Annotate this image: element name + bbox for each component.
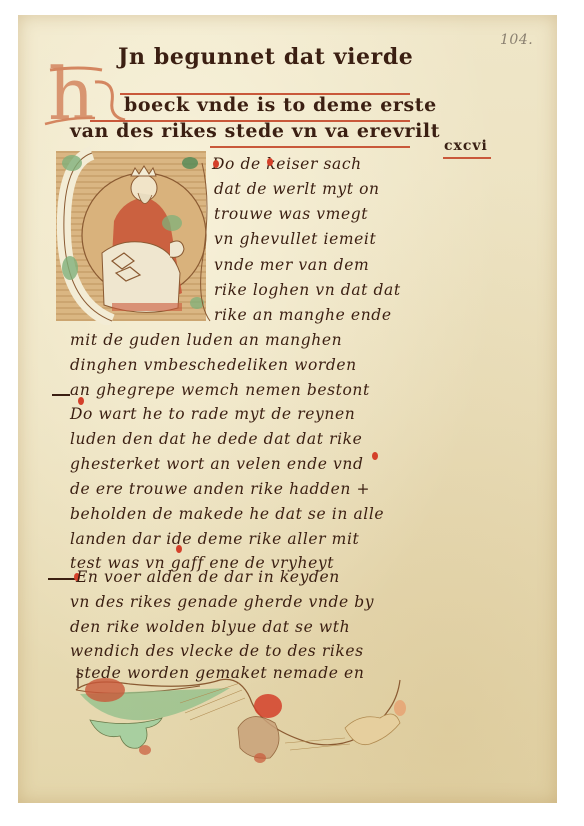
- margin-paragraph-stroke: [52, 394, 70, 396]
- heading-rubric-3: [210, 146, 410, 148]
- body-line-1: Do de keiser sach: [212, 155, 362, 173]
- body-line-18: En voer alden de dar in keyden: [76, 568, 340, 586]
- body-line-7: rike an manghe ende: [214, 306, 392, 324]
- body-line-19: vn des rikes genade gherde vnde by: [70, 593, 374, 611]
- body-line-13: ghesterket wort an velen ende vnd: [70, 455, 364, 473]
- heading-line-2: boeck vnde is to deme erste: [124, 94, 437, 116]
- rubric-mark: [78, 397, 84, 405]
- body-line-2: dat de werlt myt on: [214, 180, 380, 198]
- rubric-mark: [267, 158, 273, 166]
- body-line-5: vnde mer van dem: [214, 256, 369, 274]
- folio-number: 104.: [500, 32, 533, 48]
- body-line-6: rike loghen vn dat dat: [214, 281, 401, 299]
- body-line-11: Do wart he to rade myt de reynen: [70, 405, 355, 423]
- rubric-mark: [213, 160, 219, 168]
- body-line-15: beholden de makede he dat se in alle: [70, 505, 384, 523]
- emperor-miniature-icon: [52, 143, 220, 325]
- body-line-16: landen dar ide deme rike aller mit: [70, 530, 359, 548]
- heading-line-3: van des rikes stede vn va erevrilt: [70, 120, 440, 142]
- body-line-12: luden den dat he dede dat dat rike: [70, 430, 362, 448]
- body-line-20: den rike wolden blyue dat se wth: [70, 618, 350, 636]
- acanthus-border-icon: [70, 668, 420, 768]
- body-line-3: trouwe was vmegt: [214, 205, 368, 223]
- rubric-mark: [176, 545, 182, 553]
- chapter-number: cxcvi: [444, 138, 488, 154]
- body-line-14: de ere trouwe anden rike hadden +: [70, 480, 370, 498]
- body-line-4: vn ghevullet iemeit: [214, 230, 376, 248]
- margin-paragraph-stroke: [48, 578, 76, 580]
- chapter-rubric-underline: [443, 157, 491, 159]
- rubric-mark: [372, 452, 378, 460]
- body-line-21: wendich des vlecke de to des rikes: [70, 642, 364, 660]
- body-line-10: an ghegrepe wemch nemen bestont: [70, 381, 370, 399]
- body-line-8: mit de guden luden an manghen: [70, 331, 342, 349]
- heading-line-1: Jn begunnet dat vierde: [118, 44, 413, 70]
- body-line-9: dinghen vmbeschedeliken worden: [70, 356, 357, 374]
